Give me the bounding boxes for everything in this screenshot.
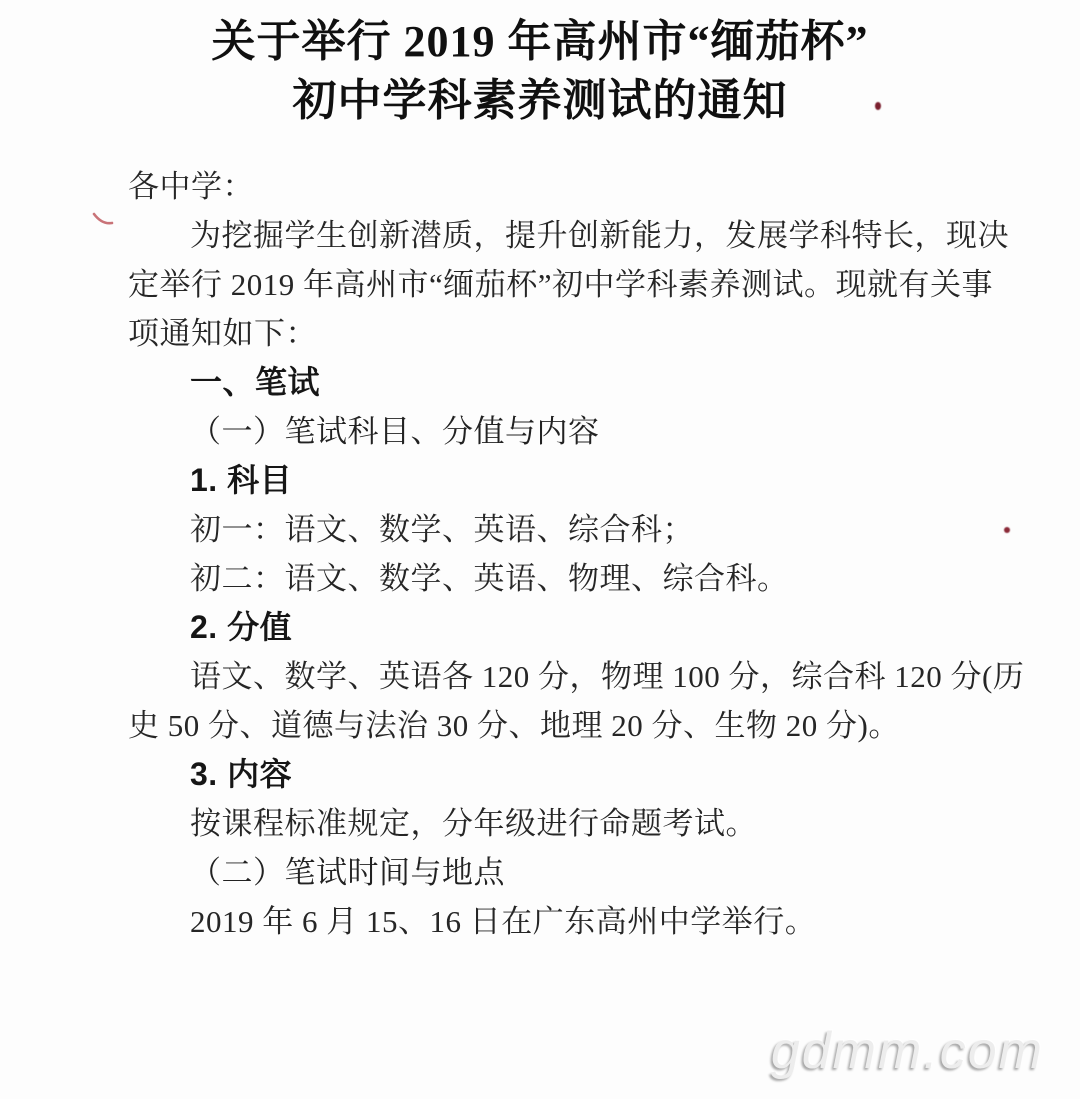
document-line: 初二：语文、数学、英语、物理、综合科。 — [128, 554, 980, 603]
document-line: （一）笔试科目、分值与内容 — [128, 407, 980, 456]
document-line: 一、笔试 — [128, 358, 980, 407]
document-line: 各中学： — [128, 162, 980, 211]
document-line: （二）笔试时间与地点 — [128, 848, 980, 897]
document-line: 史 50 分、道德与法治 30 分、地理 20 分、生物 20 分)。 — [128, 701, 980, 750]
document-line: 按课程标准规定，分年级进行命题考试。 — [128, 799, 980, 848]
document-line: 1. 科目 — [128, 456, 980, 505]
red-pen-stroke — [92, 212, 114, 227]
document-title-line-2: 初中学科素养测试的通知 — [0, 71, 1080, 130]
document-line: 2. 分值 — [128, 603, 980, 652]
watermark-text: gdmm.com — [771, 1021, 1044, 1081]
red-ink-dot-top-right — [875, 102, 881, 110]
document-title: 关于举行 2019 年高州市“缅茄杯” 初中学科素养测试的通知 — [0, 0, 1080, 130]
document-title-line-1: 关于举行 2019 年高州市“缅茄杯” — [0, 12, 1080, 71]
scanned-notice-page: 关于举行 2019 年高州市“缅茄杯” 初中学科素养测试的通知 各中学：为挖掘学… — [0, 0, 1080, 1099]
document-line: 2019 年 6 月 15、16 日在广东高州中学举行。 — [128, 897, 980, 946]
red-ink-dot-mid-right — [1004, 527, 1010, 533]
document-line: 定举行 2019 年高州市“缅茄杯”初中学科素养测试。现就有关事 — [128, 260, 980, 309]
document-lines: 各中学：为挖掘学生创新潜质，提升创新能力，发展学科特长，现决定举行 2019 年… — [0, 162, 1080, 946]
document-line: 为挖掘学生创新潜质，提升创新能力，发展学科特长，现决 — [128, 211, 980, 260]
document-line: 语文、数学、英语各 120 分，物理 100 分，综合科 120 分(历 — [128, 652, 980, 701]
document-line: 项通知如下： — [128, 309, 980, 358]
document-line: 3. 内容 — [128, 750, 980, 799]
document-line: 初一：语文、数学、英语、综合科； — [128, 505, 980, 554]
